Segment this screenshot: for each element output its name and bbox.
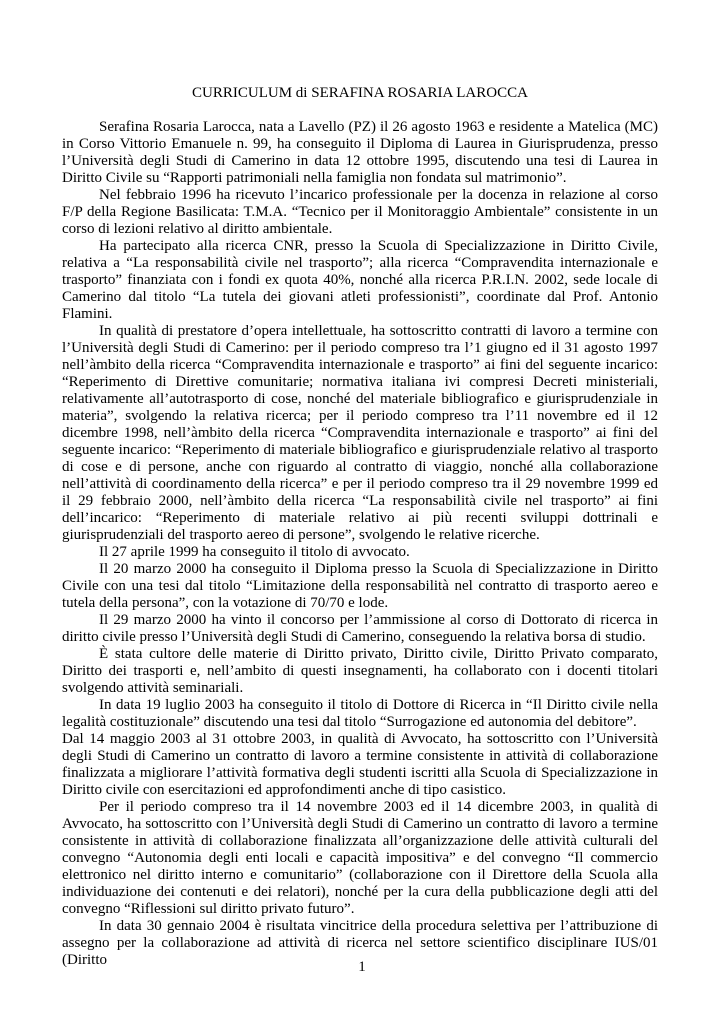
paragraph-specialization-diploma: Il 20 marzo 2000 ha conseguito il Diplom…	[62, 561, 658, 612]
paragraph-cnr-research: Ha partecipato alla ricerca CNR, presso …	[62, 238, 658, 323]
document-page: CURRICULUM di SERAFINA ROSARIA LAROCCA S…	[0, 0, 724, 1024]
paragraph-phd-title: In data 19 luglio 2003 ha conseguito il …	[62, 697, 658, 731]
paragraph-subject-expert: È stata cultore delle materie di Diritto…	[62, 646, 658, 697]
page-number: 1	[0, 959, 724, 976]
paragraph-birth-and-degree: Serafina Rosaria Larocca, nata a Lavello…	[62, 119, 658, 187]
paragraph-lawyer-title: Il 27 aprile 1999 ha conseguito il titol…	[62, 544, 658, 561]
document-title: CURRICULUM di SERAFINA ROSARIA LAROCCA	[62, 85, 658, 102]
paragraph-contract-2003: Dal 14 maggio 2003 al 31 ottobre 2003, i…	[62, 731, 658, 799]
paragraph-teaching-1996: Nel febbraio 1996 ha ricevuto l’incarico…	[62, 187, 658, 238]
paragraph-work-contracts: In qualità di prestatore d’opera intelle…	[62, 323, 658, 544]
document-body: Serafina Rosaria Larocca, nata a Lavello…	[62, 119, 658, 969]
paragraph-conference-organization: Per il periodo compreso tra il 14 novemb…	[62, 799, 658, 918]
paragraph-phd-admission: Il 29 marzo 2000 ha vinto il concorso pe…	[62, 612, 658, 646]
document-content: CURRICULUM di SERAFINA ROSARIA LAROCCA S…	[62, 85, 658, 969]
